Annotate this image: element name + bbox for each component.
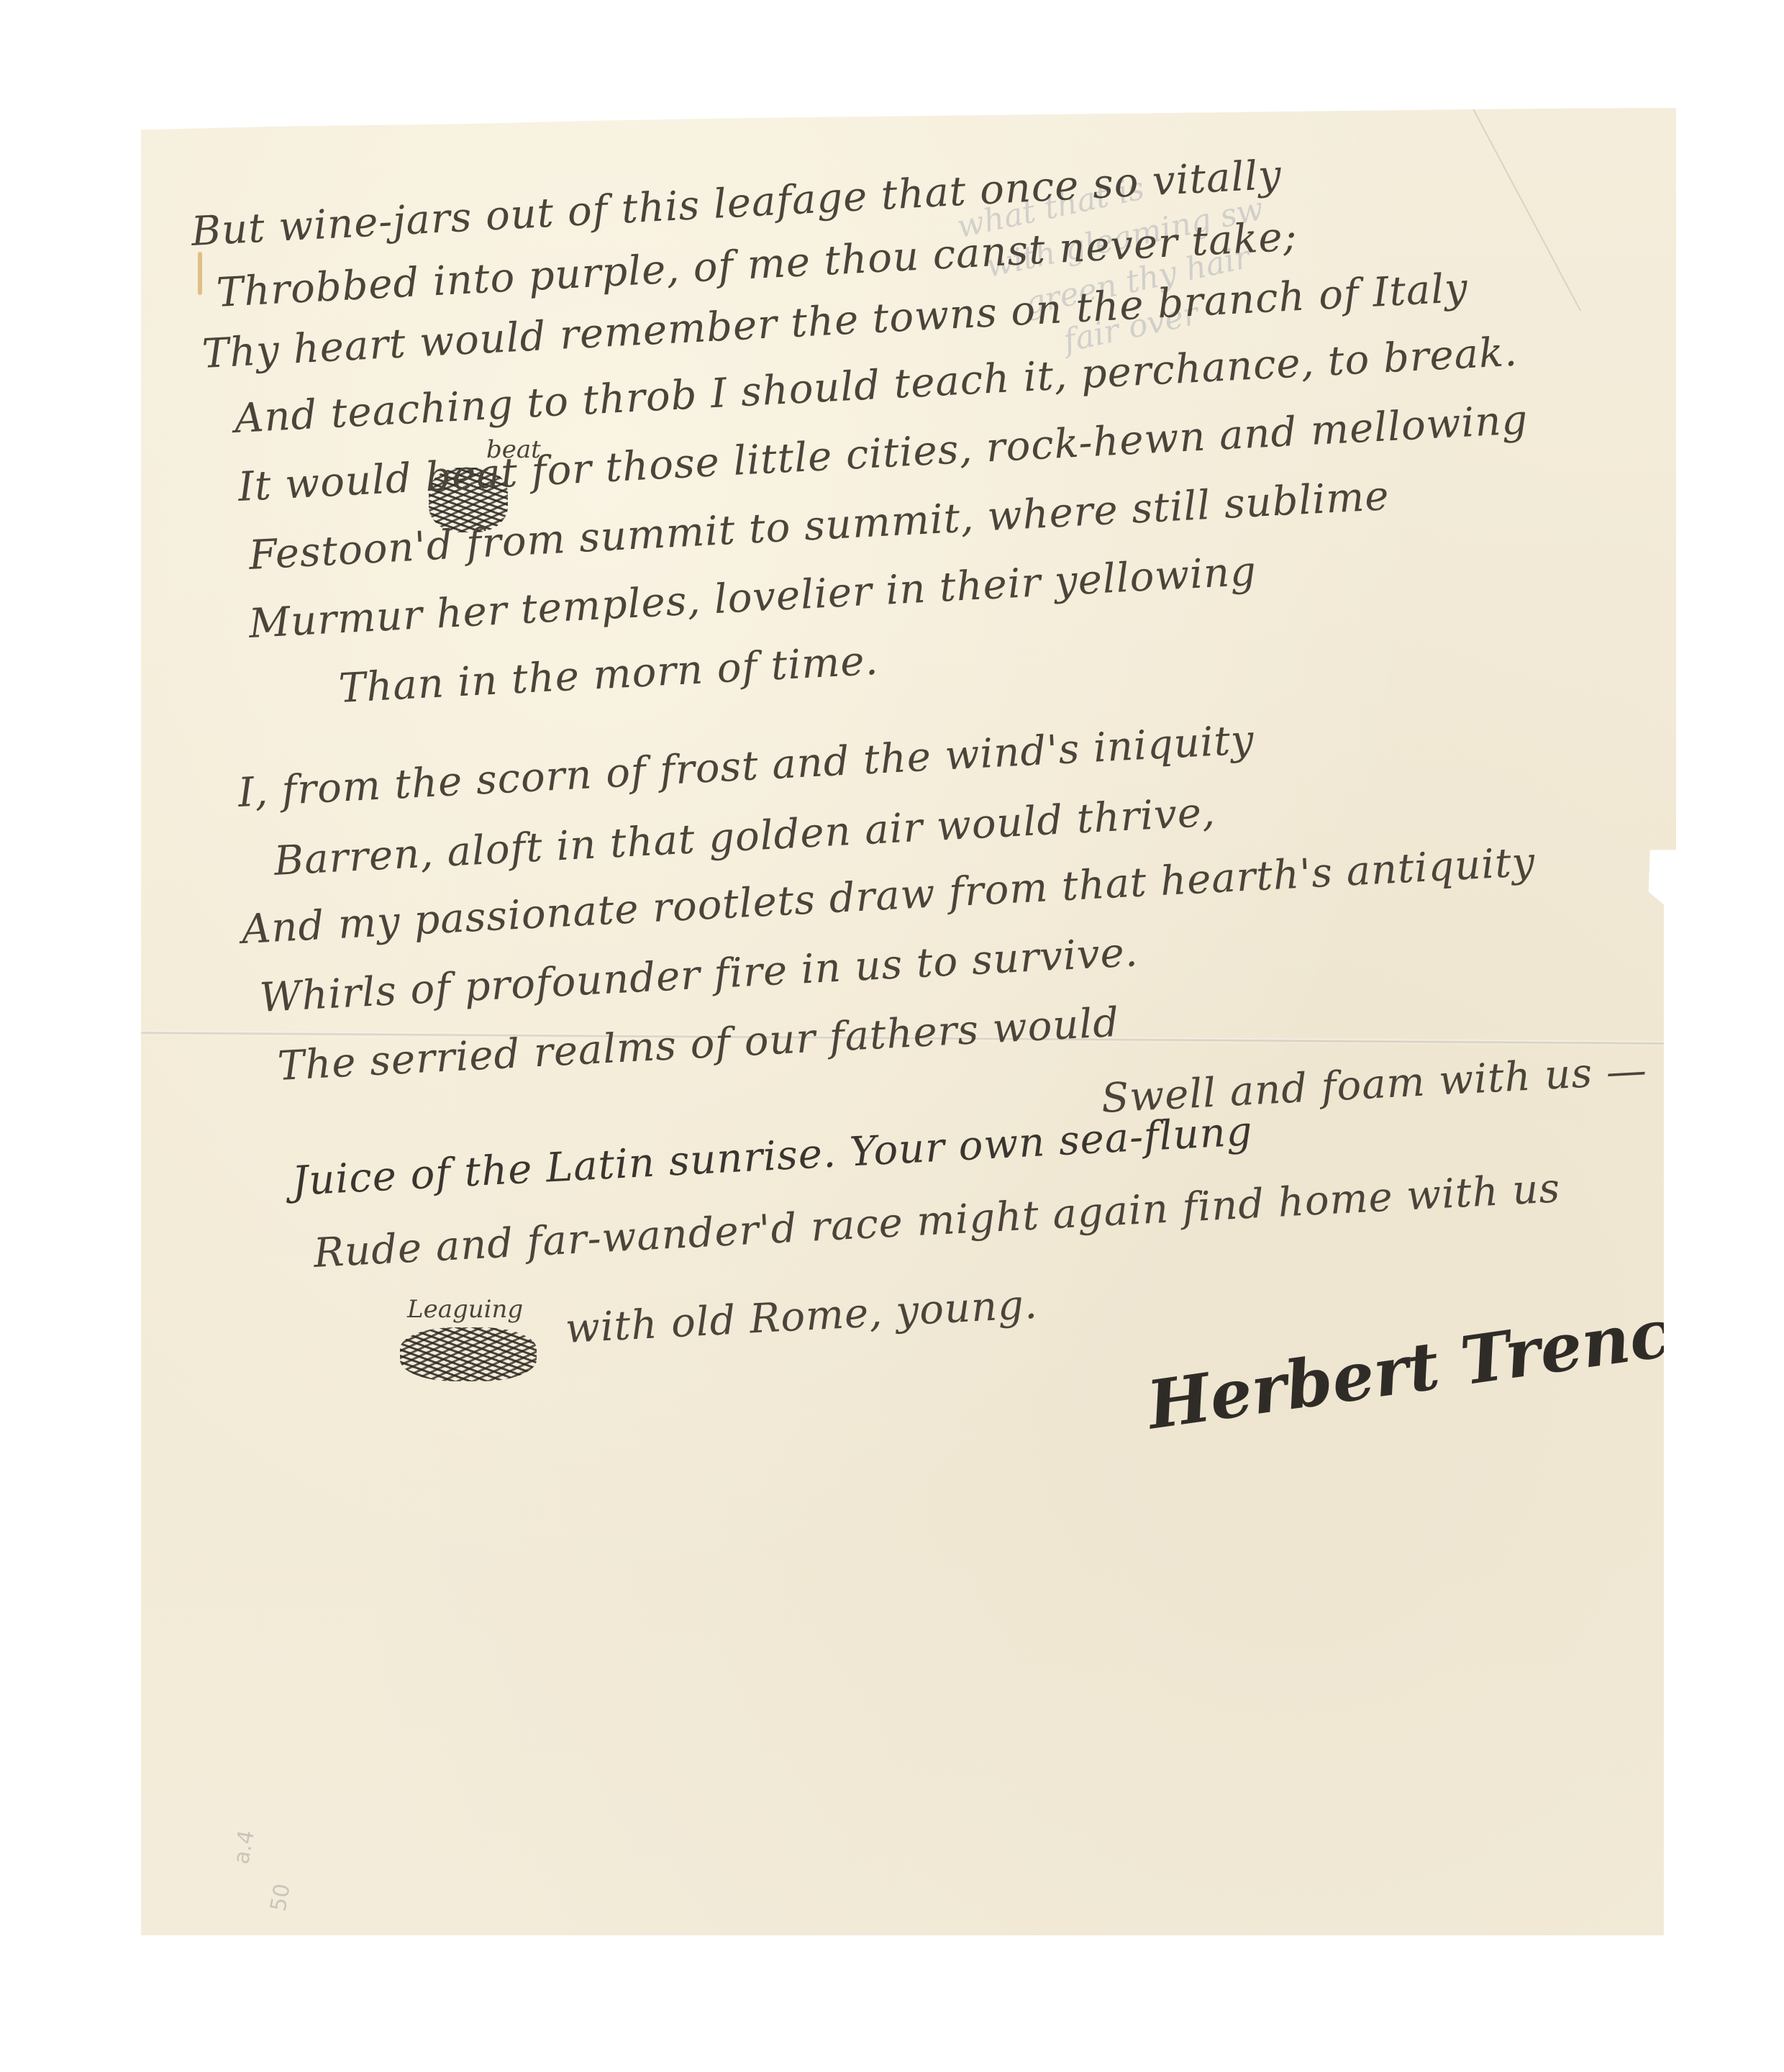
- poem-line: Than in the morn of time.: [337, 637, 879, 712]
- poem-line: with old Rome, young.: [564, 1281, 1039, 1353]
- manuscript-page: what that is with gleaming sw green thy …: [141, 108, 1676, 1935]
- poem-body: But wine-jars out of this leafage that o…: [141, 108, 1676, 1935]
- inserted-word-leaguing: Leaguing: [407, 1295, 523, 1324]
- pencil-catalog-mark: 50: [266, 1882, 296, 1914]
- crossed-out-word: [400, 1327, 537, 1381]
